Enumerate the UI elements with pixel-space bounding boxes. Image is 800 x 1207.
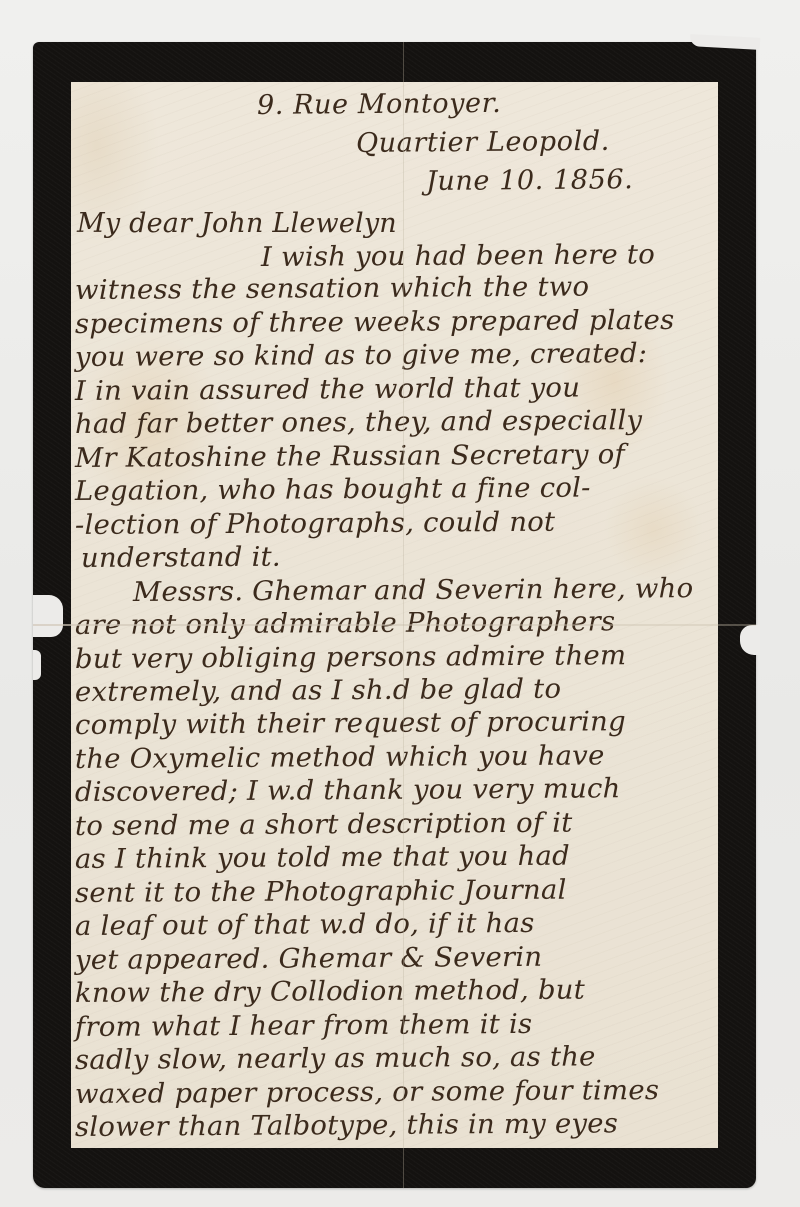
salutation: My dear John Llewelyn: [77, 208, 397, 239]
body-line: Mr Katoshine the Russian Secretary of: [75, 439, 625, 474]
body-line: but very obliging persons admire them: [75, 640, 627, 675]
address-line-1: 9. Rue Montoyer.: [257, 88, 502, 121]
letter-date: June 10. 1856.: [426, 164, 634, 197]
torn-edge-right-notch: [740, 625, 760, 655]
body-line: understand it.: [81, 542, 281, 574]
body-line: to send me a short description of it: [75, 808, 573, 842]
body-line: extremely, and as I sh.d be glad to: [75, 674, 561, 708]
body-line: Messrs. Ghemar and Severin here, who: [133, 573, 694, 608]
body-line: discovered; I w.d thank you very much: [75, 773, 621, 808]
body-line: comply with their request of procuring: [75, 706, 626, 741]
body-line: from what I hear from them it is: [75, 1009, 532, 1043]
letter-paper: 9. Rue Montoyer. Quartier Leopold. June …: [71, 82, 718, 1148]
body-line: as I think you told me that you had: [75, 841, 570, 875]
body-line: know the dry Collodion method, but: [75, 975, 585, 1009]
body-line: a leaf out of that w.d do, if it has: [75, 908, 535, 942]
body-line: the Oxymelic method which you have: [75, 740, 605, 775]
body-line: Legation, who has bought a fine col-: [75, 472, 591, 507]
body-line: -lection of Photographs, could not: [75, 507, 556, 541]
body-line: sent it to the Photographic Journal: [75, 875, 567, 909]
body-line: slower than Talbotype, this in my eyes: [75, 1108, 618, 1143]
body-line: had far better ones, they, and especiall…: [75, 405, 642, 440]
torn-edge-left-notch: [33, 595, 63, 637]
body-line: I wish you had been here to: [261, 239, 655, 273]
body-line: you were so kind as to give me, created:: [75, 338, 647, 373]
vertical-fold-crease: [403, 42, 404, 1188]
body-line: I in vain assured the world that you: [75, 373, 580, 407]
horizontal-fold-crease: [33, 624, 756, 626]
body-line: waxed paper process, or some four times: [75, 1075, 659, 1110]
address-line-2: Quartier Leopold.: [356, 126, 610, 159]
torn-edge-left-small: [33, 650, 41, 680]
body-line: witness the sensation which the two: [75, 271, 589, 306]
body-line: sadly slow, nearly as much so, as the: [75, 1041, 596, 1076]
body-line: yet appeared. Ghemar & Severin: [75, 942, 542, 976]
body-line: specimens of three weeks prepared plates: [75, 305, 675, 340]
